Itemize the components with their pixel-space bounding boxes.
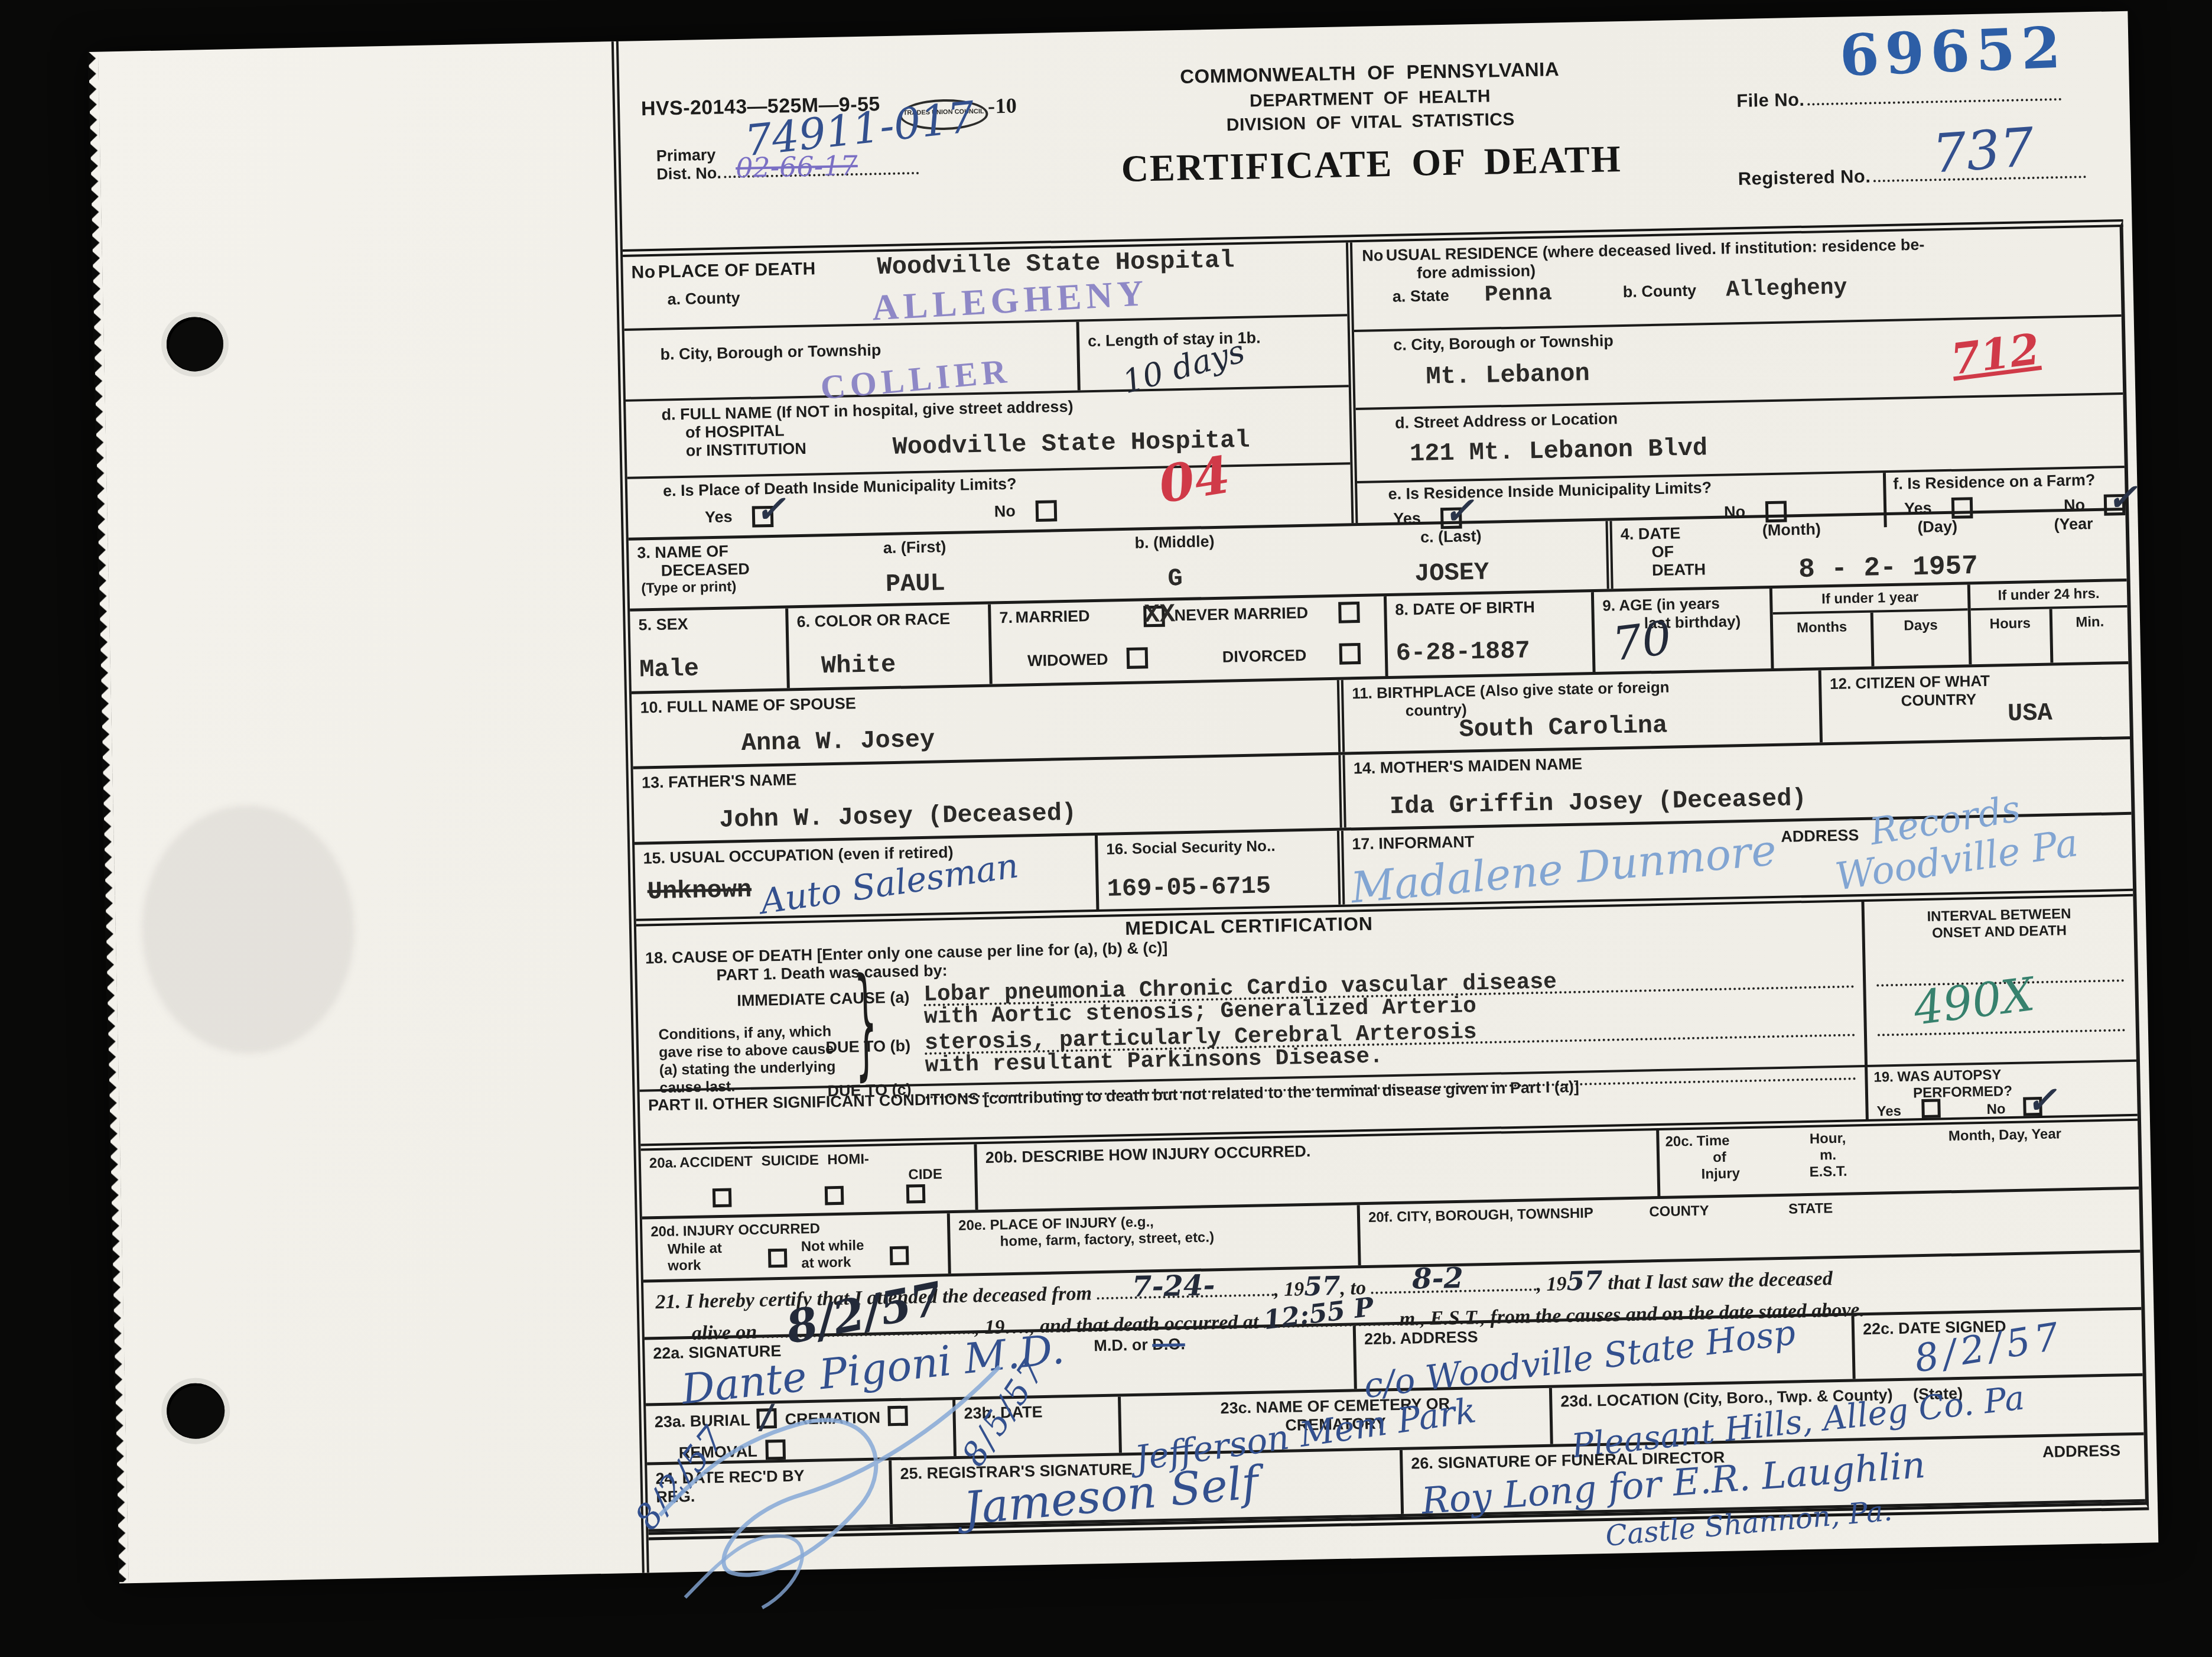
section-9-age: 9. AGE (in years last birthday) 70 [1591, 589, 1771, 672]
s22a-do-struck: D.O. [1152, 1335, 1185, 1353]
s23a-cremation-label: CREMATION [785, 1409, 880, 1428]
s20a-suicide-checkbox [825, 1186, 844, 1206]
section-8-date-of-birth: 8. DATE OF BIRTH 6-28-1887 [1384, 592, 1593, 676]
s16-value: 169-05-6715 [1107, 870, 1330, 904]
s1-red-code: 04 [1155, 445, 1234, 515]
s6-label: 6. COLOR OR RACE [796, 609, 980, 631]
s2a-label: a. State [1392, 287, 1449, 310]
s20d-whileat-checkbox [768, 1249, 788, 1268]
section-18-cause-of-death: MEDICAL CERTIFICATION 18. CAUSE OF DEATH… [636, 902, 1865, 1090]
section-20e-place-of-injury: 20e. PLACE OF INJURY (e.g., home, farm, … [947, 1205, 1358, 1273]
section-10-spouse: 10. FULL NAME OF SPOUSE Anna W. Josey [632, 680, 1338, 766]
s1e-yes-mark: ✓ [754, 490, 786, 528]
s4-label2: OF [1651, 542, 1706, 561]
s2b-label: b. County [1622, 281, 1696, 304]
s2-red-code: 712 [1948, 323, 2042, 384]
s20d-whileat: While at [668, 1239, 769, 1258]
certificate-title: CERTIFICATE OF DEATH [1029, 135, 1715, 193]
s19-no-checkbox: ✓ [2023, 1097, 2042, 1116]
section-12-citizen: 12. CITIZEN OF WHAT COUNTRY USA [1819, 664, 2130, 743]
s3-label1: NAME OF [655, 542, 728, 561]
row-place-residence: No PLACE OF DEATH Woodville State Hospit… [623, 227, 2125, 541]
s20c-number: 20c. [1665, 1133, 1693, 1150]
s20a-homicide-checkbox [906, 1184, 926, 1204]
perforated-edge [87, 51, 129, 1583]
s22a-md-label: M.D. or D.O. [1094, 1335, 1185, 1355]
s3-label3: (Type or print) [641, 578, 786, 597]
s1b-city-cell: b. City, Borough or Township COLLIER [624, 322, 1078, 399]
s22a-md1: M.D. or [1094, 1336, 1148, 1354]
s9-months-label: Months [1773, 613, 1872, 668]
section-16-ssn: 16. Social Security No.. 169-05-6715 [1095, 831, 1338, 909]
s7-widowed-label: WIDOWED [1027, 651, 1108, 671]
s20c-of: of [1713, 1148, 1778, 1166]
s7-divorced-label: DIVORCED [1222, 646, 1307, 667]
s20b-label: 20b. DESCRIBE HOW INJURY OCCURRED. [985, 1142, 1311, 1167]
s20d-atwork: at work [801, 1253, 890, 1272]
file-no-label: File No. [1736, 89, 1805, 111]
s3b-middle-value: G [1045, 562, 1306, 596]
section-7-marital-status: 7. MARRIED XX NEVER MARRIED WIDOWED DIVO… [988, 596, 1385, 684]
s2c-value: Mt. Lebanon [1426, 359, 1590, 391]
row-medical-certification: MEDICAL CERTIFICATION 18. CAUSE OF DEATH… [636, 896, 2136, 1092]
show-through-smudge [139, 803, 357, 1055]
s18-brace: } [853, 953, 879, 1094]
s19-yes-label: Yes [1876, 1103, 1901, 1120]
section-15-occupation: 15. USUAL OCCUPATION (even if retired) U… [635, 836, 1096, 919]
s19-label2: PERFORMED? [1913, 1081, 2131, 1102]
s7-divorced-checkbox [1339, 643, 1361, 665]
s4-month-label: (Month) [1762, 520, 1821, 540]
s20f-county: COUNTY [1649, 1203, 1709, 1220]
union-label-number: -10 [988, 93, 1017, 118]
s15-struck-value: Unknown [647, 876, 752, 907]
section-20d-injury-occurred: 20d. INJURY OCCURRED While at work Not w… [642, 1213, 948, 1279]
section-9-under-24-hrs: If under 24 hrs. Hours Min. [1967, 581, 2129, 664]
s7-never-checkbox [1338, 602, 1360, 623]
s17-label: 17. INFORMANT [1352, 833, 1475, 853]
s8-label: 8. DATE OF BIRTH [1395, 597, 1583, 619]
s1e-yes-checkbox: ✓ [752, 506, 774, 528]
death-certificate-form: HVS-20143—525M—9-55 TRADES UNION COUNCIL… [611, 11, 2150, 1573]
s10-value: Anna W. Josey [741, 717, 1330, 758]
s3-number: 3. [637, 544, 650, 561]
struck-district-number: 02-66-17 [736, 150, 858, 184]
registered-no-label: Registered No. [1738, 166, 1871, 189]
s20c-m: m. [1778, 1146, 1879, 1165]
s4-day-label: (Day) [1917, 518, 1957, 537]
s20c-injury: Injury [1701, 1165, 1778, 1183]
s4-label3: DEATH [1652, 560, 1706, 580]
s2-number: No [1362, 246, 1384, 265]
s3a-first-value: PAUL [785, 567, 1046, 601]
section-1-place-of-death: No PLACE OF DEATH Woodville State Hospit… [623, 242, 1351, 537]
s9-min-label: Min. [2049, 607, 2128, 663]
s21-text5: that I last saw the deceased [1608, 1268, 1833, 1294]
form-header: HVS-20143—525M—9-55 TRADES UNION COUNCIL… [619, 11, 2123, 249]
s2f-label: f. Is Residence on a Farm? [1893, 470, 2118, 493]
s23a-cremation-checkbox [887, 1406, 908, 1427]
s20d-notwhile-checkbox [890, 1246, 909, 1266]
s3c-last-value: JOSEY [1305, 556, 1599, 590]
section-13-father: 13. FATHER'S NAME John W. Josey (Decease… [633, 755, 1340, 842]
s18-conditions-note: Conditions, if any, which gave rise to a… [658, 1022, 854, 1097]
interval-value-handwritten: 490X [1911, 968, 2037, 1036]
s1-number: No [631, 262, 655, 282]
s1-title: PLACE OF DEATH [658, 259, 816, 281]
s20a-cide-label: CIDE [908, 1166, 967, 1184]
s12-value: USA [2008, 697, 2122, 728]
s21-year2-hw: 57 [1566, 1266, 1603, 1297]
s7-widowed-checkbox [1127, 647, 1149, 669]
s1-place-typed: Woodville State Hospital [877, 246, 1235, 281]
s9-hours-label: Hours [1971, 609, 2050, 665]
registered-no-handwritten: 737 [1930, 116, 2036, 186]
s20a-accident-label: ACCIDENT [679, 1154, 753, 1171]
section-11-birthplace: 11. BIRTHPLACE (Also give state or forei… [1337, 670, 1820, 752]
s1c-length-of-stay-cell: c. Length of stay in 1b. 10 days [1076, 316, 1348, 390]
s20f-state: STATE [1788, 1200, 1833, 1217]
s19-yes-checkbox [1921, 1099, 1941, 1118]
form-body: No PLACE OF DEATH Woodville State Hospit… [623, 219, 2149, 1541]
s3b-middle-label: b. (Middle) [1045, 531, 1305, 554]
section-20b-describe-injury: 20b. DESCRIBE HOW INJURY OCCURRED. [974, 1130, 1657, 1210]
s1e-no-label: No [994, 502, 1016, 521]
s2a-value: Penna [1484, 281, 1552, 307]
s23a-removal-checkbox [766, 1440, 786, 1460]
section-22c-date-signed: 22c. DATE SIGNED 8/2/57 [1852, 1310, 2143, 1379]
section-5-sex: 5. SEX Male [630, 609, 787, 691]
section-23c-cemetery: 23c. NAME OF CEMETERY OR CREMATORY Jeffe… [1118, 1388, 1550, 1453]
section-23d-location: 23d. LOCATION (City, Boro., Twp. & Count… [1549, 1376, 2144, 1444]
section-17-informant: 17. INFORMANT ADDRESS Madalene Dunmore R… [1337, 815, 2133, 905]
section-20c-time-of-injury: 20c. Time of Injury Hour, m. E.S.T. Mont… [1656, 1121, 2139, 1196]
s20a-number: 20a. [649, 1155, 677, 1171]
s7-married-checkbox: XX [1143, 606, 1165, 628]
punch-hole-top [166, 317, 224, 372]
certificate-paper: HVS-20143—525M—9-55 TRADES UNION COUNCIL… [89, 11, 2158, 1584]
s19-no-label: No [1986, 1101, 2006, 1118]
header-title-block: COMMONWEALTH OF PENNSYLVANIA DEPARTMENT … [1027, 55, 1715, 193]
s5-value: Male [639, 653, 779, 684]
s20a-accident-checkbox [713, 1188, 732, 1208]
s7-never-label: NEVER MARRIED [1174, 604, 1308, 625]
s4-label1: 4. DATE [1621, 524, 1706, 544]
file-number-stamp: 69652 [1839, 14, 2068, 89]
s9-under1yr-label: If under 1 year [1772, 584, 1968, 615]
s15-label: 15. USUAL OCCUPATION (even if retired) [643, 840, 1087, 868]
section-25-registrar: 25. REGISTRAR'S SIGNATURE Jameson Self [889, 1450, 1401, 1524]
s2b-value: Allegheny [1726, 275, 1847, 303]
section-24-date-recd: 24. DATE REC'D BY REG. 8/2/57 [647, 1460, 890, 1529]
s20c-est: E.S.T. [1778, 1163, 1879, 1181]
interval-onset-death-column: INTERVAL BETWEEN ONSET AND DEATH 490X [1861, 896, 2136, 1065]
section-9-under-1-year: If under 1 year Months Days [1769, 584, 1969, 668]
s6-value: White [821, 649, 981, 680]
s5-label: 5. SEX [638, 613, 778, 635]
punch-hole-bottom [166, 1383, 225, 1440]
s22b-label: 22b. ADDRESS [1364, 1328, 1478, 1348]
s21-text4: , 19 [1536, 1273, 1567, 1295]
dist-no-label: Dist. No. [656, 164, 721, 183]
s23a-burial-mark: / [760, 1398, 773, 1435]
s7-number: 7. [999, 609, 1013, 626]
s3c-last-label: c. (Last) [1305, 525, 1598, 549]
s9-age-value: 70 [1609, 612, 1674, 672]
s3a-first-label: a. (First) [785, 536, 1045, 560]
section-20a-accident: 20a. ACCIDENT SUICIDE HOMI- CIDE [641, 1144, 975, 1216]
section-22b-address: 22b. ADDRESS c/o Woodville State Hosp [1353, 1316, 1853, 1389]
s4-value: 8 - 2- 1957 [1798, 548, 2119, 585]
s16-label: 16. Social Security No.. [1106, 836, 1329, 859]
s4-year-label: (Year [2054, 515, 2093, 534]
s13-value: John W. Josey (Deceased) [719, 794, 1332, 834]
section-4-date-of-death: 4. DATE OF DEATH (Month) (Day) (Year 8 -… [1605, 511, 2126, 589]
s8-value: 6-28-1887 [1395, 635, 1584, 667]
s23a-burial-checkbox: / [756, 1408, 777, 1429]
primary-district-block: 74911-017 Primary Dist. No. 02-66-17 [656, 141, 987, 184]
s20c-time: Time [1697, 1133, 1730, 1149]
s21-from-date-hw: 7-24- [1132, 1269, 1215, 1304]
file-registered-block: 69652 File No. 737 Registered No. [1735, 15, 2117, 190]
s20d-work: work [668, 1256, 769, 1274]
s3-label2: DECEASED [661, 560, 786, 580]
s19-no-mark: ✓ [2026, 1082, 2057, 1119]
s20c-hour: Hour, [1777, 1130, 1878, 1148]
s20a-suicide-label: SUICIDE [761, 1152, 819, 1169]
s21-text2: , 19 [1274, 1278, 1305, 1301]
s21-number: 21. [655, 1291, 681, 1313]
s20c-month-day-year: Month, Day, Year [1878, 1125, 2133, 1188]
s20d-notwhile: Not while [801, 1237, 890, 1255]
section-23b-date: 23b. DATE 8/5/57 [952, 1396, 1119, 1456]
s9-under24-label: If under 24 hrs. [1970, 581, 2128, 610]
s21-to-date-hw: 8-2 [1412, 1262, 1464, 1296]
s17-address-label: ADDRESS [1781, 826, 1859, 846]
s20a-homi-label: HOMI- [827, 1151, 869, 1168]
section-19-autopsy: 19. WAS AUTOPSY PERFORMED? Yes No ✓ [1865, 1062, 2138, 1119]
s2d-value: 121 Mt. Lebanon Blvd [1410, 434, 1708, 468]
section-6-color-race: 6. COLOR OR RACE White [785, 605, 990, 688]
s1e-no-checkbox [1036, 500, 1058, 522]
s26-address-label: ADDRESS [2042, 1441, 2121, 1461]
s1e-yes-label: Yes [705, 508, 733, 527]
s7-married-label: MARRIED [1015, 607, 1090, 626]
s9-days-label: Days [1871, 610, 1969, 666]
s7-married-mark: XX [1144, 600, 1176, 630]
section-2-usual-residence: No USUAL RESIDENCE (where deceased lived… [1346, 227, 2125, 523]
s20f-label: 20f. CITY, BOROUGH, TOWNSHIP [1368, 1205, 1593, 1226]
